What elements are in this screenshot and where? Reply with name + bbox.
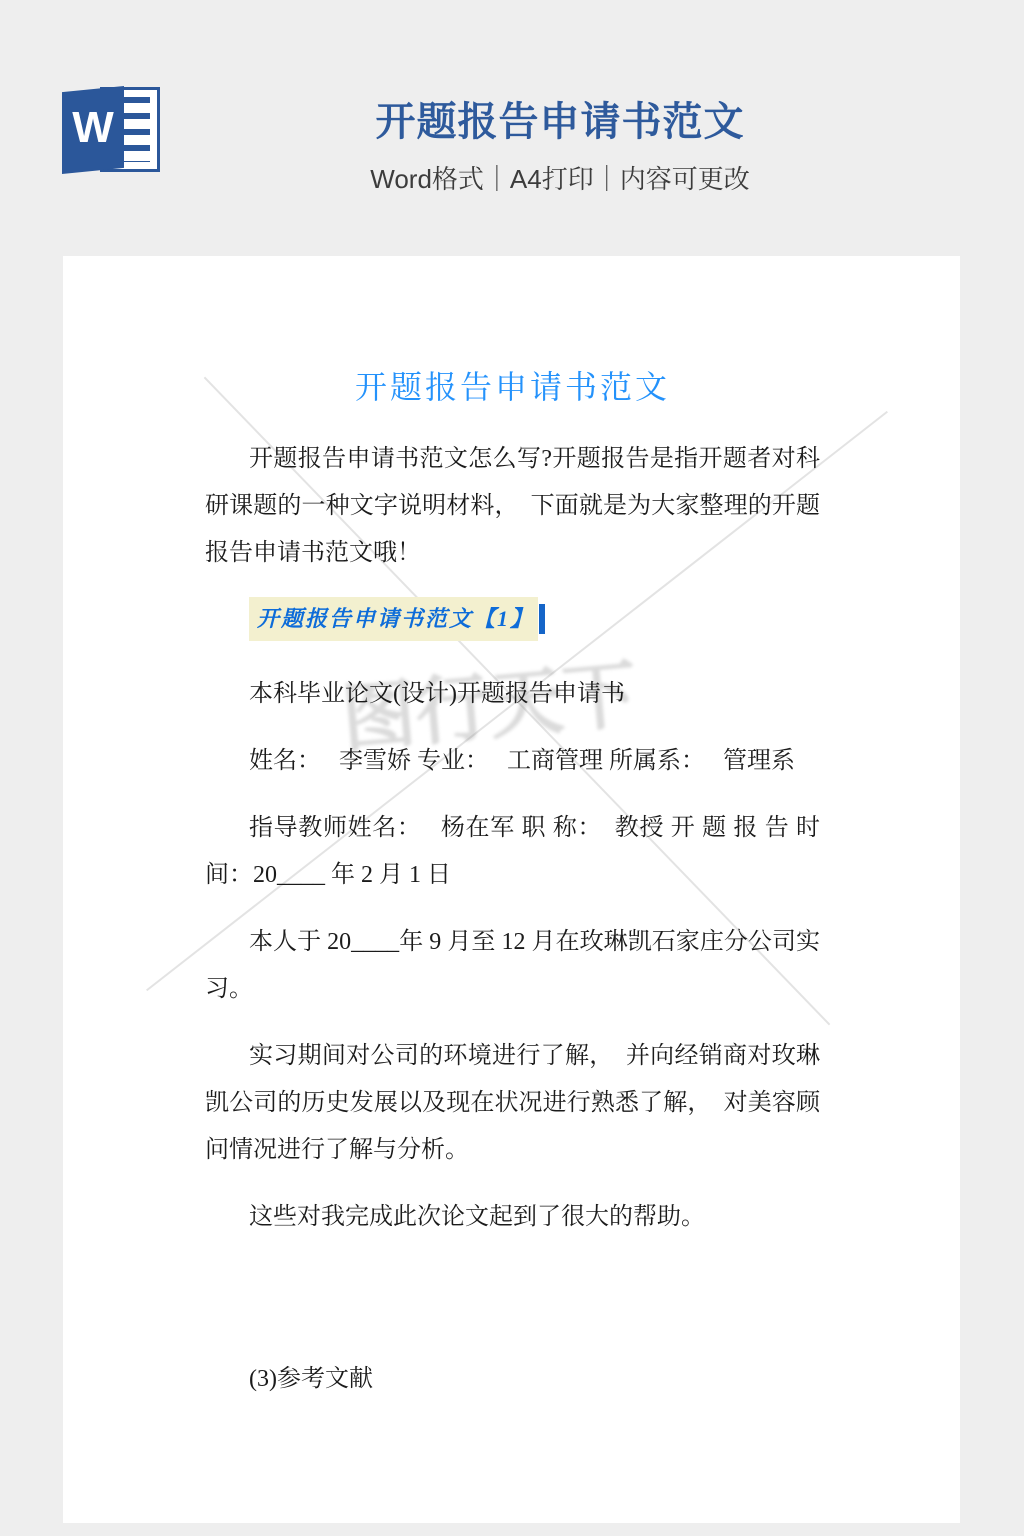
header-text: 开题报告申请书范文 Word格式｜A4打印｜内容可更改 (280, 90, 840, 196)
paragraph-internship-detail: 实习期间对公司的环境进行了解， 并向经销商对玫琳凯公司的历史发展以及现在状况进行… (205, 1033, 820, 1174)
template-title: 开题报告申请书范文 (280, 90, 840, 147)
paragraph-intro: 开题报告申请书范文怎么写?开题报告是指开题者对科研课题的一种文字说明材料， 下面… (205, 436, 820, 577)
highlight-end-bar (539, 604, 545, 634)
document-content: 开题报告申请书范文 开题报告申请书范文怎么写?开题报告是指开题者对科研课题的一种… (63, 256, 960, 1403)
paragraph-advisor-info: 指导教师姓名： 杨在军 职 称： 教授 开 题 报 告 时 间：20____ 年… (205, 805, 820, 899)
site-header: W 开题报告申请书范文 Word格式｜A4打印｜内容可更改 (0, 0, 1024, 256)
template-subtitle: Word格式｜A4打印｜内容可更改 (280, 159, 840, 196)
word-logo-flap: W (62, 86, 124, 174)
word-logo-icon: W (62, 84, 160, 176)
paragraph-thesis-title: 本科毕业论文(设计)开题报告申请书 (205, 671, 820, 718)
paragraph-student-info: 姓名： 李雪娇 专业： 工商管理 所属系： 管理系 (205, 738, 820, 785)
highlighted-subtitle: 开题报告申请书范文【1】 (249, 597, 538, 641)
word-logo-letter: W (72, 103, 114, 157)
paragraph-references: (3)参考文献 (205, 1356, 820, 1403)
paragraph-internship: 本人于 20____年 9 月至 12 月在玫琳凯石家庄分公司实习。 (205, 919, 820, 1013)
paragraph-conclusion: 这些对我完成此次论文起到了很大的帮助。 (205, 1194, 820, 1241)
document-page: 图行天下 开题报告申请书范文 开题报告申请书范文怎么写?开题报告是指开题者对科研… (63, 256, 960, 1523)
paragraph-highlight: 开题报告申请书范文【1】 (249, 597, 820, 641)
document-title: 开题报告申请书范文 (205, 366, 820, 408)
